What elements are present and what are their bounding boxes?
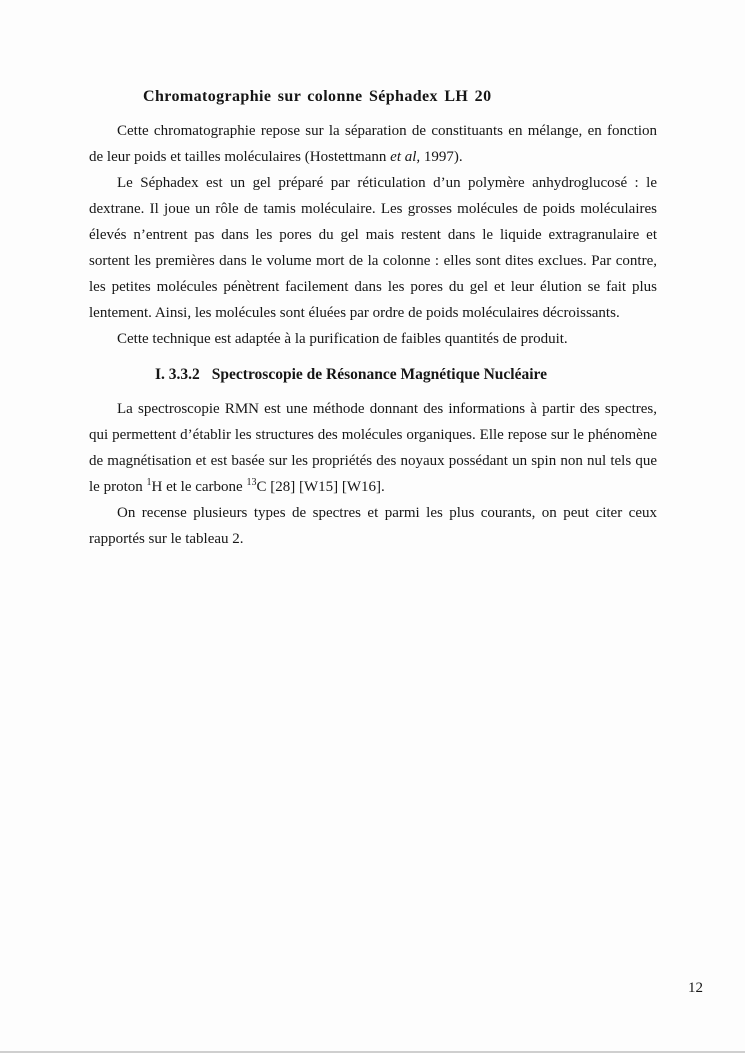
section-number: I. 3.3.2: [155, 366, 200, 383]
text-segment: Cette chromatographie repose sur la sépa…: [89, 123, 657, 165]
paragraph-chromatographie-intro: Cette chromatographie repose sur la sépa…: [89, 118, 657, 170]
text-segment: 1997).: [420, 149, 463, 165]
superscript-13: 13: [246, 477, 256, 488]
document-page: Chromatographie sur colonne Séphadex LH …: [0, 0, 745, 1053]
section-heading-rmn: I. 3.3.2Spectroscopie de Résonance Magné…: [155, 362, 657, 388]
paragraph-technique-purification: Cette technique est adaptée à la purific…: [89, 326, 657, 352]
paragraph-spectroscopie-rmn: La spectroscopie RMN est une méthode don…: [89, 396, 657, 500]
paragraph-sephadex-gel: Le Séphadex est un gel préparé par rétic…: [89, 170, 657, 326]
page-title: Chromatographie sur colonne Séphadex LH …: [143, 84, 657, 110]
text-segment: C [28] [W15] [W16].: [256, 479, 384, 495]
citation-et-al: et al,: [390, 149, 420, 165]
text-segment: H et le carbone: [152, 479, 247, 495]
section-title: Spectroscopie de Résonance Magnétique Nu…: [212, 366, 547, 383]
page-number: 12: [688, 979, 703, 997]
paragraph-types-spectres: On recense plusieurs types de spectres e…: [89, 500, 657, 552]
page-content: Chromatographie sur colonne Séphadex LH …: [89, 84, 657, 552]
